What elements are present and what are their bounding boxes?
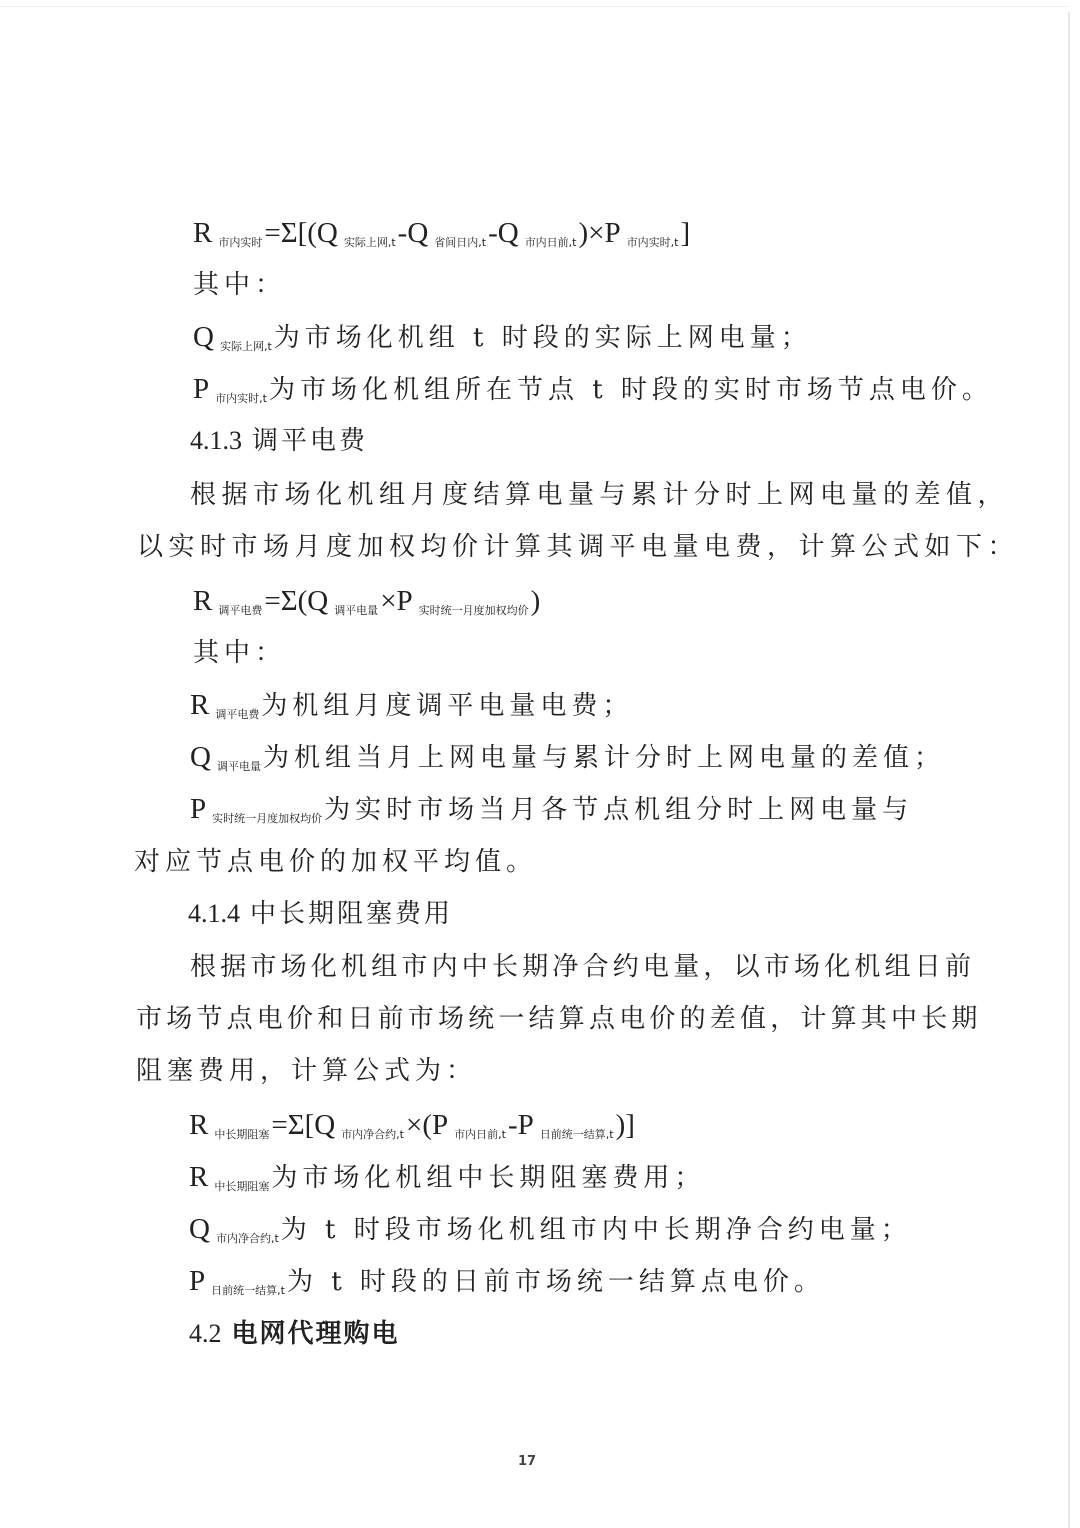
eq-subscript: 实时统一月度加权均价 [419, 604, 529, 617]
definition-r-balance: R调平电费为机组月度调平电量电费； [190, 688, 633, 732]
where-label: 其中： [193, 636, 286, 670]
section-title: 调平电费 [252, 426, 368, 456]
def-subscript: 日前统一结算,t [211, 1284, 285, 1297]
def-text: 为市场化机组中长期阻塞费用； [271, 1163, 705, 1193]
eq-subscript: 市内实时,t [627, 236, 679, 249]
eq-subscript: 调平电费 [218, 604, 262, 617]
eq-operator: ×P [380, 585, 412, 617]
eq-operator: =Σ[Q [271, 1109, 335, 1141]
def-text: 为 t 时段的日前市场统一结算点电价。 [287, 1267, 825, 1297]
section-heading-4-2: 4.2电网代理购电 [189, 1317, 400, 1351]
definition-q-net-contract: Q市内净合约,t为 t 时段市场化机组市内中长期净合约电量； [189, 1212, 912, 1256]
eq-subscript: 日前统一结算,t [540, 1128, 614, 1141]
def-symbol: Q [189, 1213, 210, 1245]
section-heading-4-1-3: 4.1.3调平电费 [190, 424, 368, 458]
def-text: 为市场化机组所在节点 t 时段的实时市场节点电价。 [269, 375, 993, 405]
def-subscript: 市内净合约,t [216, 1232, 279, 1245]
eq-symbol: R [189, 1109, 208, 1141]
eq-operator: -Q [488, 217, 519, 249]
eq-symbol: R [193, 585, 212, 617]
def-subscript: 调平电量 [217, 760, 261, 773]
eq-subscript: 中长期阻塞 [214, 1128, 269, 1141]
section-title: 中长期阻塞费用 [250, 899, 453, 929]
eq-subscript: 市内日前,t [454, 1128, 506, 1141]
definition-q-balance: Q调平电量为机组当月上网电量与累计分时上网电量的差值； [190, 740, 945, 784]
def-subscript: 实时统一月度加权均价 [212, 812, 322, 825]
section-heading-4-1-4: 4.1.4中长期阻塞费用 [188, 897, 453, 931]
eq-subscript: 调平电量 [334, 604, 378, 617]
paragraph-4-1-3-line-1: 根据市场化机组月度结算电量与累计分时上网电量的差值， [190, 478, 1009, 512]
def-text: 为机组月度调平电量电费； [261, 691, 633, 721]
where-label: 其中： [193, 268, 286, 302]
eq-operator: -P [508, 1109, 534, 1141]
def-subscript: 中长期阻塞 [214, 1180, 269, 1193]
def-symbol: R [189, 1161, 208, 1193]
eq-subscript: 市内净合约,t [341, 1128, 404, 1141]
eq-subscript: 省间日内,t [434, 236, 486, 249]
page-top-edge [0, 6, 1068, 7]
equation-congestion-fee: R中长期阻塞=Σ[Q市内净合约,t×(P市内日前,t-P日前统一结算,t)] [189, 1108, 635, 1152]
def-subscript: 实际上网,t [220, 340, 272, 353]
eq-operator: ] [680, 217, 690, 249]
def-subscript: 市内实时,t [215, 392, 267, 405]
def-text: 为 t 时段市场化机组市内中长期净合约电量； [281, 1215, 912, 1245]
definition-p-realtime: P市内实时,t为市场化机组所在节点 t 时段的实时市场节点电价。 [193, 372, 993, 416]
eq-operator: =Σ(Q [264, 585, 328, 617]
definition-r-congestion: R中长期阻塞为市场化机组中长期阻塞费用； [189, 1160, 705, 1204]
def-subscript: 调平电费 [215, 708, 259, 721]
def-symbol: R [190, 689, 209, 721]
eq-subscript: 实际上网,t [344, 236, 396, 249]
equation-balance-fee: R调平电费=Σ(Q调平电量×P实时统一月度加权均价) [193, 584, 540, 628]
definition-p-unified-settlement: P日前统一结算,t为 t 时段的日前市场统一结算点电价。 [189, 1264, 825, 1308]
paragraph-4-1-4-line-1: 根据市场化机组市内中长期净合约电量，以市场化机组日前 [190, 950, 975, 984]
paragraph-4-1-3-line-2: 以实时市场月度加权均价计算其调平电量电费，计算公式如下： [137, 530, 1019, 564]
eq-operator: )×P [579, 217, 621, 249]
section-number: 4.1.4 [188, 899, 240, 928]
section-number: 4.2 [189, 1319, 222, 1348]
paragraph-4-1-4-line-3: 阻塞费用，计算公式为： [136, 1054, 477, 1088]
section-number: 4.1.3 [190, 426, 242, 455]
def-symbol: Q [190, 741, 211, 773]
def-symbol: P [193, 373, 209, 405]
definition-p-average-continued: 对应节点电价的加权平均值。 [134, 845, 537, 879]
eq-symbol: R [193, 217, 212, 249]
eq-operator: -Q [398, 217, 429, 249]
eq-subscript: 市内实时 [218, 236, 262, 249]
eq-operator: ) [531, 585, 541, 617]
equation-realtime-revenue: R市内实时=Σ[(Q实际上网,t-Q省间日内,t-Q市内日前,t)×P市内实时,… [193, 216, 690, 260]
def-symbol: P [190, 793, 206, 825]
def-text: 为实时市场当月各节点机组分时上网电量与 [324, 795, 913, 825]
eq-operator: )] [616, 1109, 635, 1141]
page-number: 17 [518, 1454, 536, 1469]
def-symbol: P [189, 1265, 205, 1297]
def-text: 为市场化机组 t 时段的实际上网电量； [274, 323, 812, 353]
def-text: 为机组当月上网电量与累计分时上网电量的差值； [263, 743, 945, 773]
paragraph-4-1-4-line-2: 市场节点电价和日前市场统一结算点电价的差值，计算其中长期 [136, 1002, 982, 1036]
eq-operator: ×(P [406, 1109, 448, 1141]
def-symbol: Q [193, 321, 214, 353]
definition-p-average: P实时统一月度加权均价为实时市场当月各节点机组分时上网电量与 [190, 792, 913, 836]
eq-subscript: 市内日前,t [525, 236, 577, 249]
eq-operator: =Σ[(Q [264, 217, 338, 249]
page-right-edge [1068, 12, 1070, 1528]
definition-q-actual: Q实际上网,t为市场化机组 t 时段的实际上网电量； [193, 320, 812, 364]
section-title: 电网代理购电 [232, 1319, 400, 1349]
